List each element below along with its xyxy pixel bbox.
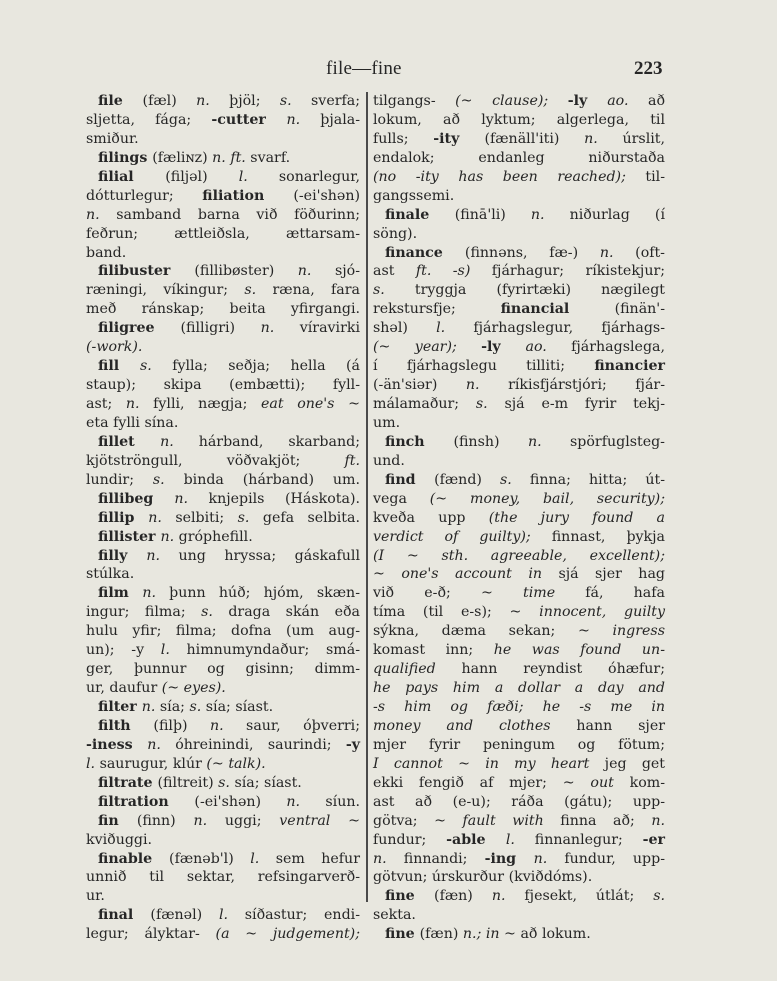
definition-text: sía; síast. [206, 699, 273, 715]
italic-text: (I ~ sth. agreeable, excellent); [373, 548, 665, 564]
headword: finch [385, 434, 453, 450]
definition-text: niðurlag (í [570, 207, 665, 223]
italic-text: ft. [345, 453, 360, 469]
italic-text: n. [193, 813, 224, 829]
headword: finale [385, 207, 455, 223]
italic-text: eat one's ~ [261, 396, 360, 412]
headword: fine [385, 888, 434, 904]
entry-line: kveða upp (the jury found a [373, 509, 665, 528]
definition-text: endalok; endanleg niðurstaða [373, 150, 665, 166]
definition-text: finnast, þykja [552, 529, 665, 545]
definition-text: staup); skipa (embætti); fyll- [86, 377, 360, 393]
italic-text: s. [244, 282, 272, 298]
italic-text: n. ft. [212, 150, 250, 166]
definition-text: ræna, fara [272, 282, 360, 298]
italic-text: n. [160, 529, 178, 545]
italic-text: (~ money, bail, security); [430, 491, 665, 507]
definition-text: hann reyndist óhæfur; [462, 661, 665, 677]
definition-text: eta fylli sína. [86, 415, 178, 431]
definition-text: ræningi, víkingur; [86, 282, 244, 298]
definition-text: finna að; [560, 813, 651, 829]
headword: film [98, 585, 142, 601]
italic-text: s. [140, 358, 172, 374]
entry-line: í fjárhagslegu tilliti; financier [373, 357, 665, 376]
definition-text: úrslit, [623, 131, 666, 147]
headword: -iness [86, 737, 147, 753]
definition-text: um. [373, 415, 400, 431]
definition-text: ingur; filma; [86, 604, 201, 620]
definition-text: svarf. [250, 150, 290, 166]
entry-line: málamaður; s. sjá e-m fyrir tekj- [373, 395, 665, 414]
headword: finance [385, 245, 465, 261]
entry-line-start: filth (filþ) n. saur, óþverri; [86, 717, 360, 736]
definition-text: sjá sjer hag [558, 566, 665, 582]
definition-text: fjárhagur; ríkistekjur; [492, 263, 665, 279]
entry-line-start: finable (fænəb'l) l. sem hefur [86, 850, 360, 869]
headword: -ly [568, 93, 607, 109]
entry-line-start: fine (fæn) n. fjesekt, útlát; s. [373, 887, 665, 906]
running-head: file—fine 223 [0, 58, 777, 82]
definition-text: dótturlegur; [86, 188, 202, 204]
entry-line-start: filly n. ung hryssa; gáskafull [86, 547, 360, 566]
definition-text: fjesekt, útlát; [524, 888, 653, 904]
entry-line: ekki fengið af mjer; ~ out kom- [373, 774, 665, 793]
entry-line: (-än'siər) n. ríkisfjárstjóri; fjár- [373, 376, 665, 395]
definition-text: sekta. [373, 907, 416, 923]
entry-line-start: find (fænd) s. finna; hitta; út- [373, 471, 665, 490]
definition-text: hann sjer [576, 718, 665, 734]
italic-text: l. [161, 642, 187, 658]
entry-line: (I ~ sth. agreeable, excellent); [373, 547, 665, 566]
entry-line-start: finance (finnəns, fæ-) n. (oft- [373, 244, 665, 263]
definition-text: fundur; [373, 832, 446, 848]
definition-text: draga skán eða [228, 604, 360, 620]
definition-text: með ránskap; beita yfirgangi. [86, 301, 360, 317]
headword: -ly [481, 339, 525, 355]
definition-text: sía; síast. [234, 775, 301, 791]
definition-text: við e-ð; [373, 585, 481, 601]
entry-line: shəl) l. fjárhagslegur, fjárhags- [373, 319, 665, 338]
entry-line: he pays him a dollar a day and [373, 679, 665, 698]
italic-text: ~ one's account in [373, 566, 558, 582]
italic-text: s. [201, 604, 228, 620]
entry-line: sekta. [373, 906, 665, 925]
entry-line-start: fine (fæn) n.; in ~ að lokum. [373, 925, 665, 944]
entry-line: -s him og fæði; he -s me in [373, 698, 665, 717]
definition-text: ung hryssa; gáskafull [179, 548, 361, 564]
definition-text: til- [645, 169, 665, 185]
definition-text: ríkisfjárstjóri; fjár- [508, 377, 665, 393]
italic-text: (~ year); [373, 339, 481, 355]
entry-line: lokum, að lyktum; algerlega, til [373, 111, 665, 130]
definition-text: (finā'li) [455, 207, 531, 223]
headword: -able [446, 832, 506, 848]
headword: -ing [485, 851, 534, 867]
italic-text: qualified [373, 661, 462, 677]
definition-text: tíma (til e-s); [373, 604, 510, 620]
italic-text: n. [531, 207, 570, 223]
headword: fillister [98, 529, 160, 545]
headword: financial [501, 301, 615, 317]
italic-text: he pays him a dollar a day and [373, 680, 665, 696]
definition-text: (fæn) [420, 926, 463, 942]
entry-line-start: filial (filjəl) l. sonarlegur, [86, 168, 360, 187]
entry-line: n. finnandi; -ing n. fundur, upp- [373, 850, 665, 869]
definition-text: tilgangs- [373, 93, 455, 109]
italic-text: l. [219, 907, 245, 923]
italic-text: s. [373, 282, 415, 298]
definition-text: ekki fengið af mjer; [373, 775, 563, 791]
entry-line: und. [373, 452, 665, 471]
headword: fin [98, 813, 137, 829]
entry-line-start: filtrate (filtreit) s. sía; síast. [86, 774, 360, 793]
entry-line: (~ year); -ly ao. fjárhagslega, [373, 338, 665, 357]
entry-line: band. [86, 244, 360, 263]
italic-text: n. [286, 112, 320, 128]
definition-text: kjötströngull, vöðvakjöt; [86, 453, 345, 469]
headword: -cutter [211, 112, 286, 128]
italic-text: s. [189, 699, 205, 715]
entry-line-start: filings (fæliɴz) n. ft. svarf. [86, 149, 360, 168]
definition-text: himnumyndaður; smá- [187, 642, 360, 658]
entry-line: l. saurugur, klúr (~ talk). [86, 755, 360, 774]
definition-text: ur. [86, 888, 105, 904]
italic-text: (a ~ judgement); [216, 926, 360, 942]
italic-text: ~ time [481, 585, 585, 601]
entry-line: stúlka. [86, 565, 360, 584]
right-column: tilgangs- (~ clause); -ly ao. aðlokum, a… [373, 92, 665, 944]
italic-text: n. [528, 434, 570, 450]
dictionary-page: file—fine 223 file (fæl) n. þjöl; s. sve… [0, 0, 777, 981]
definition-text: fylla; seðja; hella (á [172, 358, 360, 374]
entry-line: komast inn; he was found un- [373, 641, 665, 660]
entry-line: unnið til sektar, refsingarverð- [86, 868, 360, 887]
definition-text: tryggja (fyrirtæki) nægilegt [415, 282, 665, 298]
headword: fillip [98, 510, 148, 526]
entry-line: söng). [373, 225, 665, 244]
italic-text: (-work). [86, 339, 142, 355]
italic-text: n. [651, 813, 665, 829]
definition-text: síðastur; endi- [245, 907, 360, 923]
italic-text: n. [147, 737, 175, 753]
definition-text: ger, þunnur og gisinn; dimm- [86, 661, 360, 677]
definition-text: hulu yfir; filma; dofna (um aug- [86, 623, 360, 639]
definition-text: gróphefill. [179, 529, 253, 545]
definition-text: (filþ) [153, 718, 210, 734]
definition-text: spörfuglsteg- [570, 434, 665, 450]
entry-line: ur. [86, 887, 360, 906]
definition-text: þunn húð; hjóm, skæn- [169, 585, 360, 601]
entry-line: feðrun; ættleiðsla, ættarsam- [86, 225, 360, 244]
italic-text: n. [148, 510, 175, 526]
italic-text: n. [126, 396, 153, 412]
entry-line: verdict of guilty); finnast, þykja [373, 528, 665, 547]
entry-line-start: fillibeg n. knjepils (Háskota). [86, 490, 360, 509]
entry-line: kviðuggi. [86, 831, 360, 850]
entry-line: tíma (til e-s); ~ innocent, guilty [373, 603, 665, 622]
definition-text: (filtreit) [157, 775, 218, 791]
definition-text: binda (hárband) um. [184, 472, 360, 488]
definition-text: götva; [373, 813, 434, 829]
definition-text: fylli, nægja; [153, 396, 261, 412]
italic-text: n. [210, 718, 246, 734]
italic-text: n. [86, 207, 116, 223]
definition-text: finna; hitta; út- [530, 472, 665, 488]
headword: filly [98, 548, 146, 564]
definition-text: hárband, skarband; [199, 434, 360, 450]
entry-line: un); -y l. himnumyndaður; smá- [86, 641, 360, 660]
italic-text: n. [146, 548, 178, 564]
entry-line: kjötströngull, vöðvakjöt; ft. [86, 452, 360, 471]
italic-text: n. [492, 888, 525, 904]
definition-text: (finän'- [615, 301, 665, 317]
definition-text: að [648, 93, 665, 109]
entry-line: qualified hann reyndist óhæfur; [373, 660, 665, 679]
definition-text: kviðuggi. [86, 832, 152, 848]
entry-line-start: finch (finsh) n. spörfuglsteg- [373, 433, 665, 452]
headword: filibuster [98, 263, 194, 279]
definition-text: sjá e-m fyrir tekj- [505, 396, 666, 412]
definition-text: (-än'siər) [373, 377, 466, 393]
definition-text: sonarlegur, [279, 169, 360, 185]
entry-line: s. tryggja (fyrirtæki) nægilegt [373, 281, 665, 300]
entry-line-start: fin (finn) n. uggi; ventral ~ [86, 812, 360, 831]
definition-text: fulls; [373, 131, 433, 147]
entry-line: (-work). [86, 338, 360, 357]
definition-text: smiður. [86, 131, 139, 147]
definition-text: sjó- [335, 263, 360, 279]
entry-line: tilgangs- (~ clause); -ly ao. að [373, 92, 665, 111]
definition-text: ur, daufur [86, 680, 162, 696]
entry-line: götva; ~ fault with finna að; n. [373, 812, 665, 831]
entry-line-start: fillet n. hárband, skarband; [86, 433, 360, 452]
entry-line: staup); skipa (embætti); fyll- [86, 376, 360, 395]
page-number: 223 [634, 58, 663, 80]
italic-text: n. [142, 699, 160, 715]
definition-text: fjárhagslegur, fjárhags- [473, 320, 665, 336]
definition-text: (finsh) [453, 434, 528, 450]
headword: fill [98, 358, 140, 374]
definition-text: sía; [160, 699, 190, 715]
entry-line: mjer fyrir peningum og fötum; [373, 736, 665, 755]
entry-line: með ránskap; beita yfirgangi. [86, 300, 360, 319]
definition-text: (fæn) [434, 888, 492, 904]
definition-text: mjer fyrir peningum og fötum; [373, 737, 665, 753]
headword: filtrate [98, 775, 157, 791]
definition-text: gangssemi. [373, 188, 454, 204]
entry-line: eta fylli sína. [86, 414, 360, 433]
entry-line: endalok; endanleg niðurstaða [373, 149, 665, 168]
entry-line: -iness n. óhreinindi, saurindi; -y [86, 736, 360, 755]
entry-line: gangssemi. [373, 187, 665, 206]
definition-text: í fjárhagslegu tilliti; [373, 358, 594, 374]
definition-text: (fænd) [434, 472, 500, 488]
definition-text: þjala- [320, 112, 360, 128]
definition-text: að lokum. [520, 926, 590, 942]
entry-line: ingur; filma; s. draga skán eða [86, 603, 360, 622]
entry-line-start: final (fænəl) l. síðastur; endi- [86, 906, 360, 925]
definition-text: finnanlegur; [535, 832, 643, 848]
italic-text: l. [86, 756, 100, 772]
entry-line-start: file (fæl) n. þjöl; s. sverfa; [86, 92, 360, 111]
italic-text: ventral ~ [279, 813, 360, 829]
definition-text: (fæliɴz) [152, 150, 212, 166]
entry-line: ast; n. fylli, nægja; eat one's ~ [86, 395, 360, 414]
definition-text: (filjəl) [165, 169, 239, 185]
headword: final [98, 907, 150, 923]
entry-line: legur; ályktar- (a ~ judgement); [86, 925, 360, 944]
definition-text: (fillibøster) [194, 263, 297, 279]
definition-text: (fæl) [143, 93, 197, 109]
entry-line: I cannot ~ in my heart jeg get [373, 755, 665, 774]
headword: filter [98, 699, 142, 715]
italic-text: s. [280, 93, 311, 109]
entry-line: ræningi, víkingur; s. ræna, fara [86, 281, 360, 300]
italic-text: l. [250, 851, 276, 867]
entry-line: um. [373, 414, 665, 433]
definition-text: víravirki [300, 320, 360, 336]
definition-text: shəl) [373, 320, 436, 336]
entry-line: sljetta, fága; -cutter n. þjala- [86, 111, 360, 130]
entry-line: hulu yfir; filma; dofna (um aug- [86, 622, 360, 641]
definition-text: (finn) [137, 813, 194, 829]
entry-line: fulls; -ity (fænäll'iti) n. úrslit, [373, 130, 665, 149]
definition-text: fá, hafa [585, 585, 665, 601]
definition-text: fundur, upp- [564, 851, 665, 867]
definition-text: sem hefur [276, 851, 360, 867]
entry-line: n. samband barna við föðurinn; [86, 206, 360, 225]
entry-line-start: filter n. sía; s. sía; síast. [86, 698, 360, 717]
entry-line: lundir; s. binda (hárband) um. [86, 471, 360, 490]
headword: fillibeg [98, 491, 174, 507]
definition-text: ast að (e-u); ráða (gátu); upp- [373, 794, 665, 810]
entry-line: fundur; -able l. finnanlegur; -er [373, 831, 665, 850]
entry-line: vega (~ money, bail, security); [373, 490, 665, 509]
definition-text: und. [373, 453, 405, 469]
headword: filth [98, 718, 153, 734]
entry-line: ast að (e-u); ráða (gátu); upp- [373, 793, 665, 812]
headword: -er [643, 832, 665, 848]
definition-text: stúlka. [86, 566, 134, 582]
italic-text: l. [506, 832, 535, 848]
definition-text: saurugur, klúr [100, 756, 207, 772]
italic-text: n.; in ~ [463, 926, 521, 942]
entry-line: ast ft. -s) fjárhagur; ríkistekjur; [373, 262, 665, 281]
definition-text: (-ei'shən) [293, 188, 360, 204]
italic-text: s. [153, 472, 184, 488]
definition-text: rekstursfje; [373, 301, 501, 317]
italic-text: n. [174, 491, 208, 507]
entry-line-start: filibuster (fillibøster) n. sjó- [86, 262, 360, 281]
headword: filings [98, 150, 152, 166]
entry-line-start: fillister n. gróphefill. [86, 528, 360, 547]
definition-text: finnandi; [404, 851, 485, 867]
definition-text: (filligri) [181, 320, 261, 336]
italic-text: (no -ity has been reached); [373, 169, 645, 185]
italic-text: s. [500, 472, 530, 488]
definition-text: ast; [86, 396, 126, 412]
italic-text: verdict of guilty); [373, 529, 552, 545]
entry-line: ~ one's account in sjá sjer hag [373, 565, 665, 584]
definition-text: (fænäll'iti) [484, 131, 584, 147]
definition-text: (finnəns, fæ-) [465, 245, 600, 261]
entry-line: dótturlegur; filiation (-ei'shən) [86, 187, 360, 206]
entry-line: (no -ity has been reached); til- [373, 168, 665, 187]
italic-text: I cannot ~ in my heart [373, 756, 605, 772]
definition-text: legur; ályktar- [86, 926, 216, 942]
italic-text: n. [261, 320, 300, 336]
italic-text: n. [160, 434, 199, 450]
entry-line: money and clothes hann sjer [373, 717, 665, 736]
italic-text: n. [466, 377, 508, 393]
headword: financier [594, 358, 665, 374]
italic-text: ao. [526, 339, 572, 355]
entry-line: rekstursfje; financial (finän'- [373, 300, 665, 319]
italic-text: (~ talk). [206, 756, 265, 772]
italic-text: -s him og fæði; he -s me in [373, 699, 665, 715]
headword: filiation [202, 188, 293, 204]
italic-text: n. [286, 794, 325, 810]
entry-line-start: finale (finā'li) n. niðurlag (í [373, 206, 665, 225]
italic-text: ~ fault with [434, 813, 560, 829]
definition-text: söng). [373, 226, 417, 242]
headword: filigree [98, 320, 181, 336]
definition-text: málamaður; [373, 396, 476, 412]
definition-text: kveða upp [373, 510, 489, 526]
definition-text: gefa selbita. [263, 510, 360, 526]
definition-text: óhreinindi, saurindi; [175, 737, 346, 753]
entry-line: smiður. [86, 130, 360, 149]
italic-text: s. [238, 510, 263, 526]
italic-text: n. [534, 851, 565, 867]
definition-text: saur, óþverri; [246, 718, 360, 734]
italic-text: n. [196, 93, 229, 109]
column-divider [366, 92, 368, 902]
definition-text: samband barna við föðurinn; [116, 207, 360, 223]
definition-text: lokum, að lyktum; algerlega, til [373, 112, 665, 128]
definition-text: (fænəb'l) [169, 851, 250, 867]
definition-text: knjepils (Háskota). [209, 491, 361, 507]
definition-text: fjárhagslega, [571, 339, 665, 355]
italic-text: ao. [607, 93, 648, 109]
italic-text: s. [218, 775, 234, 791]
italic-text: s. [653, 888, 665, 904]
entry-line-start: filtration (-ei'shən) n. síun. [86, 793, 360, 812]
italic-text: l. [436, 320, 473, 336]
definition-text: feðrun; ættleiðsla, ættarsam- [86, 226, 360, 242]
definition-text: (-ei'shən) [194, 794, 286, 810]
italic-text: ~ ingress [578, 623, 665, 639]
entry-line: við e-ð; ~ time fá, hafa [373, 584, 665, 603]
headword: fine [385, 926, 420, 942]
entry-line: ger, þunnur og gisinn; dimm- [86, 660, 360, 679]
entry-line: ur, daufur (~ eyes). [86, 679, 360, 698]
entry-line-start: filigree (filligri) n. víravirki [86, 319, 360, 338]
definition-text: kom- [630, 775, 665, 791]
definition-text: sýkna, dæma sekan; [373, 623, 578, 639]
italic-text: money and clothes [373, 718, 576, 734]
definition-text: jeg get [605, 756, 665, 772]
entry-line-start: fill s. fylla; seðja; hella (á [86, 357, 360, 376]
italic-text: (the jury found a [489, 510, 665, 526]
definition-text: un); -y [86, 642, 161, 658]
headword: fillet [98, 434, 160, 450]
italic-text: l. [239, 169, 279, 185]
definition-text: band. [86, 245, 126, 261]
definition-text: götvun; úrskurður (kviðdóms). [373, 869, 592, 885]
italic-text: n. [600, 245, 635, 261]
left-column: file (fæl) n. þjöl; s. sverfa;sljetta, f… [86, 92, 360, 944]
